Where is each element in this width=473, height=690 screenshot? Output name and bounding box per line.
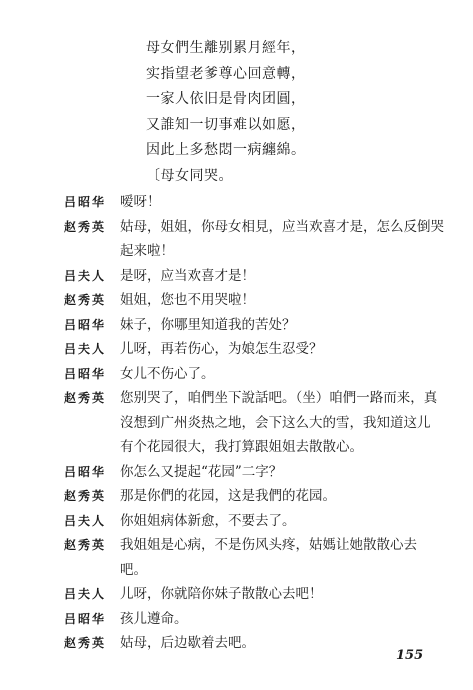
speech-line: 姐姐，您也不用哭啦！ — [120, 288, 454, 313]
speaker-name: 吕夫人 — [64, 337, 120, 362]
speech-text: 女儿不伤心了。 — [120, 362, 454, 387]
speaker-name: 吕昭华 — [64, 313, 120, 338]
speech-text: 您别哭了，咱們坐下說話吧。（坐）咱們一路而来，真 沒想到广州炎热之地，会下这么大… — [120, 386, 454, 460]
speaker-name: 赵秀英 — [64, 533, 120, 558]
dialogue-entry: 吕夫人 儿呀，再若伤心，为娘怎生忍受？ — [64, 337, 454, 362]
speaker-name: 赵秀英 — [64, 288, 120, 313]
stage-direction: 〔母女同哭。 — [146, 164, 306, 190]
speech-line: 沒想到广州炎热之地，会下这么大的雪，我知道这儿 — [120, 411, 454, 436]
poem-line: 又誰知一切事难以如愿， — [146, 113, 306, 139]
speaker-name: 赵秀英 — [64, 631, 120, 656]
dialogue-entry: 赵秀英 您别哭了，咱們坐下說話吧。（坐）咱們一路而来，真 沒想到广州炎热之地，会… — [64, 386, 454, 460]
speaker-name: 赵秀英 — [64, 215, 120, 240]
speaker-name: 吕夫人 — [64, 509, 120, 534]
speaker-name: 赵秀英 — [64, 484, 120, 509]
dialogue-entry: 赵秀英 那是你們的花园，这是我們的花园。 — [64, 484, 454, 509]
dialogue-entry: 吕昭华 妹子，你哪里知道我的苦处？ — [64, 313, 454, 338]
speech-text: 是呀，应当欢喜才是！ — [120, 264, 454, 289]
dialogue-entry: 吕昭华 女儿不伤心了。 — [64, 362, 454, 387]
speaker-name: 吕夫人 — [64, 582, 120, 607]
speech-text: 儿呀，你就陪你妹子散散心去吧！ — [120, 582, 454, 607]
dialogue-entry: 赵秀英 我姐姐是心病，不是伤风头疼，姑媽让她散散心去 吧。 — [64, 533, 454, 582]
speech-line: 你怎么又提起“花园”二字？ — [120, 460, 454, 485]
speech-text: 嗳呀！ — [120, 190, 454, 215]
speech-line: 起来啦！ — [120, 239, 454, 264]
speech-line: 儿呀，再若伤心，为娘怎生忍受？ — [120, 337, 454, 362]
dialogue-section: 吕昭华 嗳呀！ 赵秀英 姑母，姐姐，你母女相見，应当欢喜才是，怎么反倒哭 起来啦… — [64, 190, 454, 656]
speech-text: 那是你們的花园，这是我們的花园。 — [120, 484, 454, 509]
speech-line: 妹子，你哪里知道我的苦处？ — [120, 313, 454, 338]
speaker-name: 吕昭华 — [64, 362, 120, 387]
page-number: 155 — [396, 648, 423, 663]
speech-text: 你姐姐病体新愈，不要去了。 — [120, 509, 454, 534]
speaker-name: 吕昭华 — [64, 460, 120, 485]
dialogue-entry: 吕昭华 嗳呀！ — [64, 190, 454, 215]
speech-line: 我姐姐是心病，不是伤风头疼，姑媽让她散散心去 — [120, 533, 454, 558]
speech-text: 你怎么又提起“花园”二字？ — [120, 460, 454, 485]
dialogue-entry: 吕夫人 是呀，应当欢喜才是！ — [64, 264, 454, 289]
speech-line: 嗳呀！ — [120, 190, 454, 215]
dialogue-entry: 吕夫人 你姐姐病体新愈，不要去了。 — [64, 509, 454, 534]
speaker-name: 吕昭华 — [64, 607, 120, 632]
speech-line: 吧。 — [120, 558, 454, 583]
speech-line: 儿呀，你就陪你妹子散散心去吧！ — [120, 582, 454, 607]
dialogue-entry: 吕昭华 孩儿遵命。 — [64, 607, 454, 632]
speech-line: 那是你們的花园，这是我們的花园。 — [120, 484, 454, 509]
poem-verse: 母女們生離别累月經年， 实指望老爹尊心回意轉， 一家人依旧是骨肉团圓， 又誰知一… — [146, 36, 306, 189]
speaker-name: 吕夫人 — [64, 264, 120, 289]
speaker-name: 赵秀英 — [64, 386, 120, 411]
poem-line: 一家人依旧是骨肉团圓， — [146, 87, 306, 113]
poem-line: 母女們生離别累月經年， — [146, 36, 306, 62]
book-page: 母女們生離别累月經年， 实指望老爹尊心回意轉， 一家人依旧是骨肉团圓， 又誰知一… — [0, 0, 473, 690]
speech-line: 是呀，应当欢喜才是！ — [120, 264, 454, 289]
speech-line: 有个花园很大，我打算跟姐姐去散散心。 — [120, 435, 454, 460]
dialogue-entry: 吕夫人 儿呀，你就陪你妹子散散心去吧！ — [64, 582, 454, 607]
speech-text: 我姐姐是心病，不是伤风头疼，姑媽让她散散心去 吧。 — [120, 533, 454, 582]
speech-text: 姐姐，您也不用哭啦！ — [120, 288, 454, 313]
poem-line: 实指望老爹尊心回意轉， — [146, 62, 306, 88]
speech-line: 姑母，姐姐，你母女相見，应当欢喜才是，怎么反倒哭 — [120, 215, 454, 240]
speech-text: 姑母，姐姐，你母女相見，应当欢喜才是，怎么反倒哭 起来啦！ — [120, 215, 454, 264]
poem-line: 因此上多愁悶一病纏綿。 — [146, 138, 306, 164]
speech-line: 你姐姐病体新愈，不要去了。 — [120, 509, 454, 534]
dialogue-entry: 赵秀英 姑母，姐姐，你母女相見，应当欢喜才是，怎么反倒哭 起来啦！ — [64, 215, 454, 264]
speech-line: 孩儿遵命。 — [120, 607, 454, 632]
speech-line: 您别哭了，咱們坐下說話吧。（坐）咱們一路而来，真 — [120, 386, 454, 411]
dialogue-entry: 赵秀英 姐姐，您也不用哭啦！ — [64, 288, 454, 313]
speech-line: 女儿不伤心了。 — [120, 362, 454, 387]
dialogue-entry: 吕昭华 你怎么又提起“花园”二字？ — [64, 460, 454, 485]
speech-text: 孩儿遵命。 — [120, 607, 454, 632]
speech-text: 妹子，你哪里知道我的苦处？ — [120, 313, 454, 338]
speaker-name: 吕昭华 — [64, 190, 120, 215]
speech-text: 儿呀，再若伤心，为娘怎生忍受？ — [120, 337, 454, 362]
